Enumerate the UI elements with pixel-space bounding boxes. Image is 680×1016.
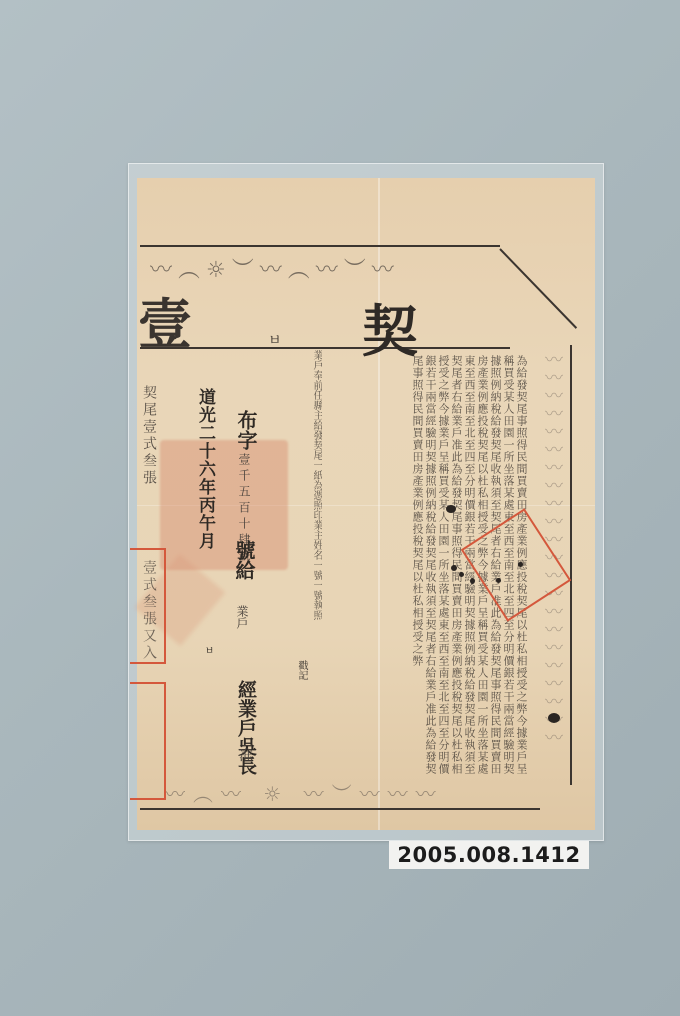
date-line: 道光二十六年丙午月: [196, 388, 213, 550]
signer-end-mark: 准: [238, 748, 252, 762]
red-seal-left-lower: [130, 682, 166, 800]
accession-number-label: 2005.008.1412: [389, 841, 589, 869]
ink-stain: [518, 562, 523, 567]
issuer-text: 布字: [236, 410, 256, 450]
red-seal-left-upper: [130, 548, 166, 664]
frame-border-right: [570, 345, 572, 785]
stamp-mark: 戳記: [296, 660, 306, 680]
frame-border-bottom: [140, 808, 540, 810]
ink-stain: [446, 505, 456, 513]
left-edge-text: 契尾壹式叁張: [142, 385, 156, 487]
decorative-border-bottom: 〰︵〰 ☼ 〰︶〰〰〰: [165, 778, 535, 806]
frame-border-top: [140, 245, 500, 247]
grantee-detail: 業戶: [236, 605, 248, 629]
frame-border-header-divider: [140, 347, 510, 349]
ink-stain: [470, 578, 475, 584]
small-mark: ㅂ: [268, 330, 282, 350]
ink-stain: [496, 578, 501, 583]
faded-seal-stamp: [160, 440, 288, 570]
middle-column-text: 業戶奉前任縣主給發契尾一紙為憑照印業主姓名一號一號執照: [292, 350, 322, 620]
small-mark-left: ㅂ: [202, 645, 212, 655]
decorative-border-top: 〰︵☼︶〰︵〰︶〰: [150, 253, 480, 283]
ink-stain: [459, 572, 464, 577]
ink-stain: [548, 713, 560, 723]
grantee-text: 號給: [234, 540, 254, 580]
left-title-fragment: 壹: [138, 282, 192, 359]
ink-stain: [451, 565, 457, 571]
